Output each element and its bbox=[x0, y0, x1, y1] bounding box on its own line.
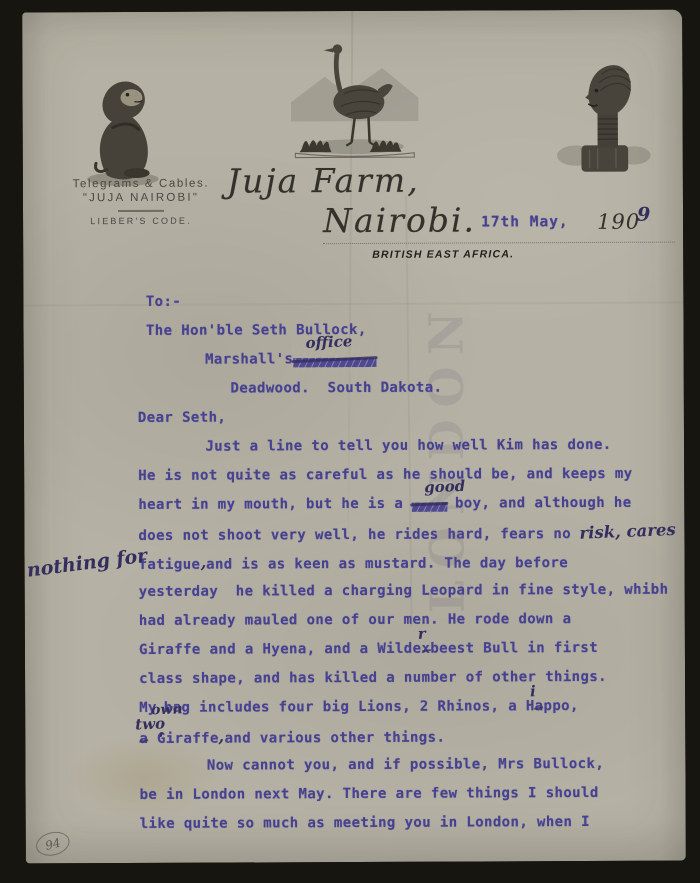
telegrams-block: Telegrams & Cables. "JUJA NAIROBI" LIEBE… bbox=[49, 178, 233, 226]
overwritten-char: xr bbox=[421, 635, 430, 664]
handwritten-text: risk, cares bbox=[579, 515, 676, 548]
typed-text: beest Bull in first bbox=[430, 640, 598, 657]
handwritten-correction: r bbox=[417, 620, 426, 649]
letter-line: Marshall's████████████office bbox=[138, 343, 698, 374]
letter-line: fatigue,and is as keen as mustard. The d… bbox=[138, 546, 698, 577]
letter-line: yesterday he killed a charging Leopard i… bbox=[139, 575, 699, 606]
letter-body: To:-The Hon'ble Seth Bullock,Marshall's█… bbox=[137, 286, 699, 839]
typed-text: boy, and although he bbox=[446, 495, 631, 512]
letter-line: Myownbag includes four big Lions, 2 Rhin… bbox=[139, 691, 699, 722]
farm-name-script: Juja Farm, bbox=[227, 161, 420, 201]
handwritten-year-digit: 9 bbox=[637, 204, 651, 226]
margin-note-handwritten: nothing for bbox=[26, 545, 149, 582]
telegrams-divider bbox=[118, 210, 164, 212]
monkey-illustration bbox=[66, 58, 175, 192]
letter-line: class shape, and has killed a number of … bbox=[139, 662, 699, 693]
letter-line: does not shoot very well, he rides hard,… bbox=[138, 517, 698, 548]
struck-out-word: ████████████office bbox=[293, 345, 375, 374]
typed-text: Just a line to tell you how well Kim has… bbox=[205, 437, 611, 455]
handwritten-text: , bbox=[200, 548, 207, 577]
letter-line: To:- bbox=[137, 286, 697, 317]
typed-text: To:- bbox=[146, 294, 181, 310]
circled-archive-number: 94 bbox=[33, 828, 72, 859]
letter-line: Dear Seth, bbox=[138, 401, 698, 432]
letter-line: heart in my mouth, but he is a █████good… bbox=[138, 488, 698, 519]
typed-text: Now cannot you, and if possible, Mrs Bul… bbox=[207, 756, 604, 774]
typed-text: does not shoot very well, he rides hard,… bbox=[138, 526, 580, 544]
photo-backdrop: Telegrams & Cables. "JUJA NAIROBI" LIEBE… bbox=[0, 0, 700, 883]
telegrams-line: Telegrams & Cables. bbox=[49, 178, 233, 191]
typed-text: heart in my mouth, but he is a bbox=[138, 496, 412, 513]
typed-text: Deadwood. South Dakota. bbox=[230, 380, 442, 397]
typed-text: bag includes four big Lions, 2 Rhinos, a… bbox=[164, 698, 535, 716]
telegrams-code: LIEBER'S CODE. bbox=[49, 215, 233, 226]
typed-date: 17th May, bbox=[481, 214, 569, 230]
typed-text: Dear Seth, bbox=[138, 410, 226, 426]
typed-text: Giraffe and a Hyena, and a Wilde bbox=[139, 641, 422, 658]
handwritten-correction: two bbox=[135, 709, 166, 739]
overwritten-char: atwo bbox=[139, 725, 148, 754]
typed-text: Marshall's bbox=[205, 351, 293, 367]
letter-line: Now cannot you, and if possible, Mrs Bul… bbox=[139, 749, 699, 780]
typed-text: ppo, bbox=[543, 698, 578, 714]
letter-line: Just a line to tell you how well Kim has… bbox=[138, 430, 698, 461]
telegrams-cable-address: "JUJA NAIROBI" bbox=[49, 192, 233, 205]
letter-line: like quite so much as meeting you in Lon… bbox=[140, 807, 700, 838]
letter-line: The Hon'ble Seth Bullock, bbox=[137, 315, 697, 346]
typed-text: be in London next May. There are few thi… bbox=[140, 785, 599, 803]
letter-line: Giraffe and a Hyena, and a Wildexrbeest … bbox=[139, 633, 699, 664]
typed-text: yesterday he killed a charging Leopard i… bbox=[139, 582, 669, 600]
handwritten-correction: good bbox=[423, 472, 465, 503]
letter-line: be in London next May. There are few thi… bbox=[140, 778, 700, 809]
struck-out-word: █████good bbox=[412, 490, 446, 519]
handwritten-text: , bbox=[218, 721, 225, 750]
typed-text: and is as keen as mustard. The day befor… bbox=[206, 555, 568, 573]
handwritten-correction: office bbox=[305, 327, 353, 358]
ostrich-illustration bbox=[284, 35, 423, 166]
printed-year: 1909 bbox=[597, 210, 654, 234]
letter-line: He is not quite as careful as he should … bbox=[138, 459, 698, 490]
typed-text: class shape, and has killed a number of … bbox=[139, 669, 607, 687]
bust-illustration bbox=[550, 52, 657, 184]
typed-text: He is not quite as careful as he should … bbox=[138, 466, 632, 484]
typed-text: like quite so much as meeting you in Lon… bbox=[140, 814, 590, 832]
typed-text: and various other things. bbox=[225, 730, 446, 747]
letter-paper: Telegrams & Cables. "JUJA NAIROBI" LIEBE… bbox=[22, 10, 686, 864]
overwritten-char: ai bbox=[535, 692, 544, 721]
printed-year-digits: 190 bbox=[597, 210, 640, 234]
letter-line: Deadwood. South Dakota. bbox=[138, 372, 698, 403]
letter-line: atwo Giraffe,and various other things. bbox=[139, 720, 699, 751]
country-line: BRITISH EAST AFRICA. bbox=[345, 248, 541, 261]
typed-text: had already mauled one of our men. He ro… bbox=[139, 611, 572, 629]
